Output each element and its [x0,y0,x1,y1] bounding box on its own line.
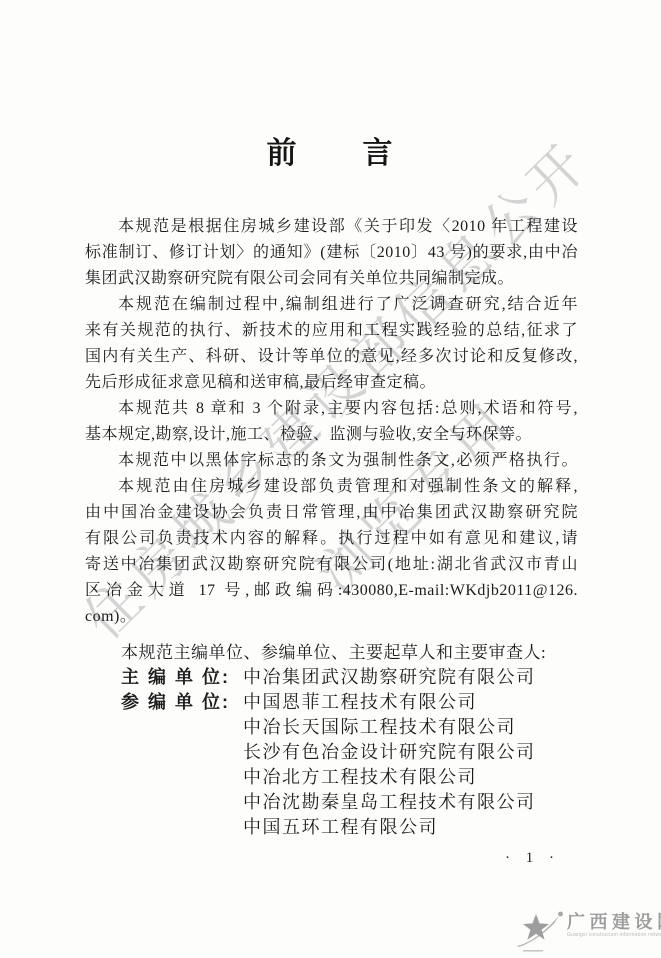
participant-row: 中冶长天国际工程技术有限公司 [121,715,591,740]
body-line: 标准制订、修订计划〉的通知》(建标〔2010〕43 号)的要求,由中冶 [85,240,578,266]
participant-row: 中冶北方工程技术有限公司 [121,765,591,790]
site-logo-name: 广西建设网 [567,912,661,932]
site-logo: 广西建设网 Guangxi construction information n… [516,906,661,958]
participant-value: 中国恩菲工程技术有限公司 [243,692,477,712]
participant-row: 中国五环工程有限公司 [121,815,591,840]
body-line: 本规范是根据住房城乡建设部《关于印发〈2010 年工程建设 [85,214,578,240]
body-line: 由中国冶金建设协会负责日常管理,由中冶集团武汉勘察研究院 [85,500,578,526]
participant-row: 长沙有色冶金设计研究院有限公司 [121,740,591,765]
site-logo-tagline: Guangxi construction information network [567,932,661,939]
body-line: 基本规定,勘察,设计,施工、检验、监测与验收,安全与环保等。 [85,422,578,448]
body-line: 来有关规范的执行、新技术的应用和工程实践经验的总结,征求了 [85,318,578,344]
body-line: 国内有关生产、科研、设计等单位的意见,经多次讨论和反复修改, [85,344,578,370]
chief-editor-row: 主 编 单 位:中冶集团武汉勘察研究院有限公司 [121,665,591,690]
participant-row: 中冶沈勘秦皇岛工程技术有限公司 [121,790,591,815]
star-swoosh-icon [516,906,564,958]
editors-intro: 本规范主编单位、参编单位、主要起草人和主要审查人: [121,640,591,665]
body-line: 本规范共 8 章和 3 个附录,主要内容包括:总则,术语和符号, [85,396,578,422]
body-line: 本规范在编制过程中,编制组进行了广泛调查研究,结合近年 [85,292,578,318]
preface-body: 本规范是根据住房城乡建设部《关于印发〈2010 年工程建设 标准制订、修订计划〉… [85,214,578,630]
chief-editor-value: 中冶集团武汉勘察研究院有限公司 [243,667,536,687]
participant-row: 参 编 单 位:中国恩菲工程技术有限公司 [121,690,591,715]
body-line: com)。 [85,604,578,630]
participant-label: 参 编 单 位: [121,690,243,715]
site-logo-text: 广西建设网 Guangxi construction information n… [567,906,661,939]
body-line: 先后形成征求意见稿和送审稿,最后经审查定稿。 [85,370,578,396]
page-title: 前 言 [0,136,661,172]
chief-editor-label: 主 编 单 位: [121,665,243,690]
body-line: 有限公司负责技术内容的解释。执行过程中如有意见和建议,请 [85,526,578,552]
body-line: 本规范中以黑体字标志的条文为强制性条文,必须严格执行。 [85,448,578,474]
document-page: 住房城乡建设部信息公开 浏览专用 前 言 本规范是根据住房城乡建设部《关于印发〈… [0,0,661,958]
body-line: 区冶金大道 17 号,邮政编码:430080,E-mail:WKdjb2011@… [85,578,578,604]
body-line: 寄送中冶集团武汉勘察研究院有限公司(地址:湖北省武汉市青山 [85,552,578,578]
page-number: · 1 · [505,850,560,867]
editors-section: 本规范主编单位、参编单位、主要起草人和主要审查人: 主 编 单 位:中冶集团武汉… [121,640,591,840]
body-line: 集团武汉勘察研究院有限公司会同有关单位共同编制完成。 [85,266,578,292]
body-line: 本规范由住房城乡建设部负责管理和对强制性条文的解释, [85,474,578,500]
